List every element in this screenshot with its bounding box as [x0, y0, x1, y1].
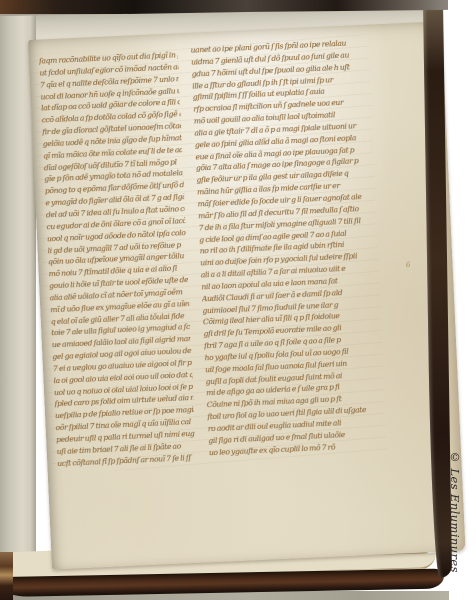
manuscript-page: ſaqm racõnabilite uo qĩſo aut dia ſpigĩ …	[28, 21, 466, 569]
text-column-left: ſaqm racõnabilite uo qĩſo aut dia ſpigĩ …	[39, 49, 197, 471]
text-column-right: uanet ao ipe plani gorũ ſ ſis ſpñl ao ip…	[190, 37, 376, 460]
photo-credit: © Les Enluminures	[448, 450, 462, 600]
manuscript-photo: ſaqm racõnabilite uo qĩſo aut dia ſpigĩ …	[0, 0, 476, 600]
spine-bottom-left-corner	[0, 552, 13, 600]
quire-mark: 6	[405, 261, 411, 270]
